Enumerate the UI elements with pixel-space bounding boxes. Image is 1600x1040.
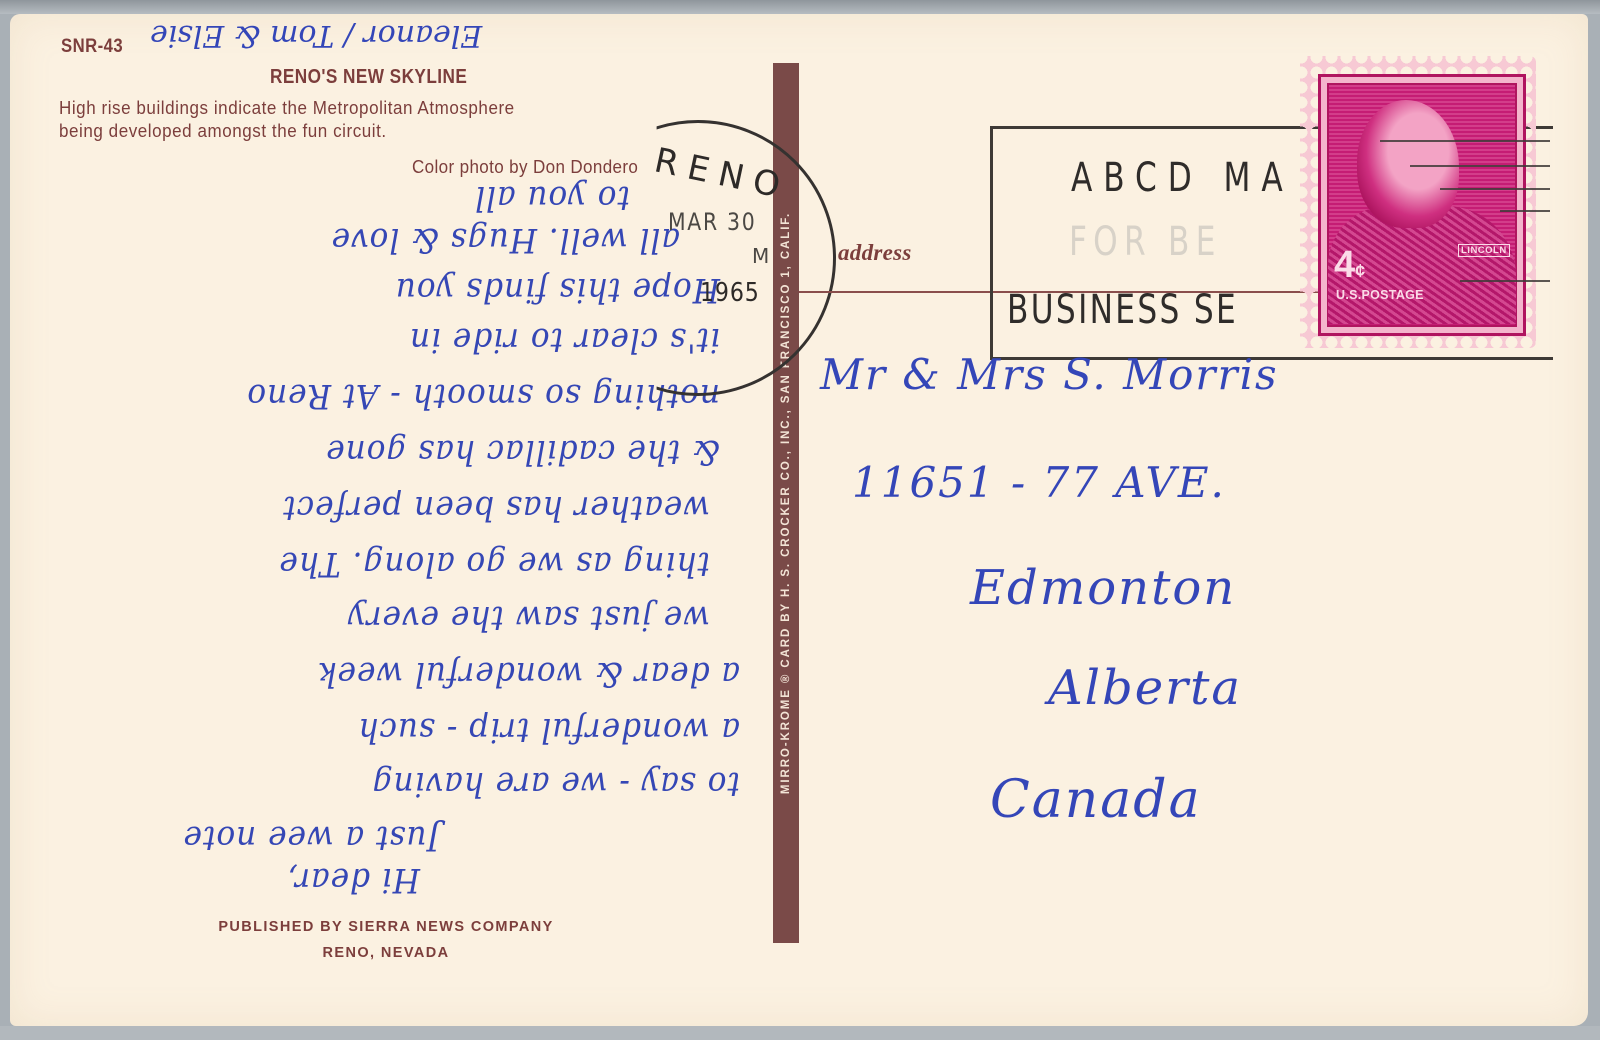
message-line: nothing so smooth - At Reno (246, 376, 720, 416)
recipient-city: Edmonton (970, 560, 1236, 616)
message-line: Hi dear, (287, 860, 420, 900)
message-line: thing as we go along. The (278, 544, 710, 584)
cancel-line (1380, 140, 1550, 142)
publisher-location: RENO, NEVADA (170, 940, 602, 966)
recipient-province: Alberta (1048, 660, 1242, 716)
stamp-caption: U.S.POSTAGE (1336, 288, 1424, 302)
card-title: RENO'S NEW SKYLINE (270, 66, 467, 89)
message-line: & the cadillac has gone (325, 432, 720, 472)
handwritten-message: Hi dear, Just a wee note to say - we are… (40, 180, 740, 900)
scan-border-top (0, 0, 1600, 14)
message-line: a wonderful trip - such (357, 710, 740, 750)
scan-border-bottom (0, 1026, 1600, 1040)
message-signature: Eleanor / Tom & Elsie (150, 18, 482, 53)
lincoln-portrait-icon (1357, 100, 1459, 228)
slogan-line-1: ABCD MA (1071, 155, 1294, 201)
publisher-name: PUBLISHED BY SIERRA NEWS COMPANY (170, 914, 602, 940)
message-line: to say - we are having (372, 764, 740, 804)
photo-credit: Color photo by Don Dondero (412, 156, 638, 178)
recipient-country: Canada (990, 770, 1202, 830)
message-line: all well. Hugs & love (331, 220, 680, 260)
cancel-line (1440, 188, 1550, 190)
message-line: a dear & wonderful week (317, 654, 740, 694)
postmark-ampm: M (752, 244, 769, 268)
slogan-line-2: FOR BE (1069, 219, 1222, 265)
card-code: SNR-43 (61, 36, 123, 58)
message-line: Just a wee note (183, 818, 440, 858)
message-line: we just saw the every (347, 598, 710, 638)
stamp-portrait-name: LINCOLN (1458, 244, 1510, 257)
stamp-value-number: 4 (1334, 244, 1355, 286)
postmark-year: 1965 (700, 278, 760, 308)
message-line: to you all (474, 178, 630, 218)
message-line: weather has been perfect (282, 488, 710, 528)
description-line-2: being developed amongst the fun circuit. (59, 119, 515, 142)
postmark-date: MAR 30 (668, 208, 756, 236)
address-label: address (838, 240, 912, 266)
stamp-value: 4¢ (1334, 244, 1365, 287)
cancel-line (1460, 280, 1550, 282)
card-description: High rise buildings indicate the Metropo… (59, 96, 515, 142)
slogan-line-3: BUSINESS SE (1007, 287, 1238, 333)
recipient-name: Mr & Mrs S. Morris (820, 350, 1279, 399)
publisher-block: PUBLISHED BY SIERRA NEWS COMPANY RENO, N… (170, 914, 602, 966)
recipient-street: 11651 - 77 AVE. (852, 458, 1226, 507)
cancel-line (1500, 210, 1550, 212)
cancel-line (1410, 165, 1550, 167)
stamp-value-unit: ¢ (1355, 261, 1365, 281)
description-line-1: High rise buildings indicate the Metropo… (59, 96, 515, 119)
